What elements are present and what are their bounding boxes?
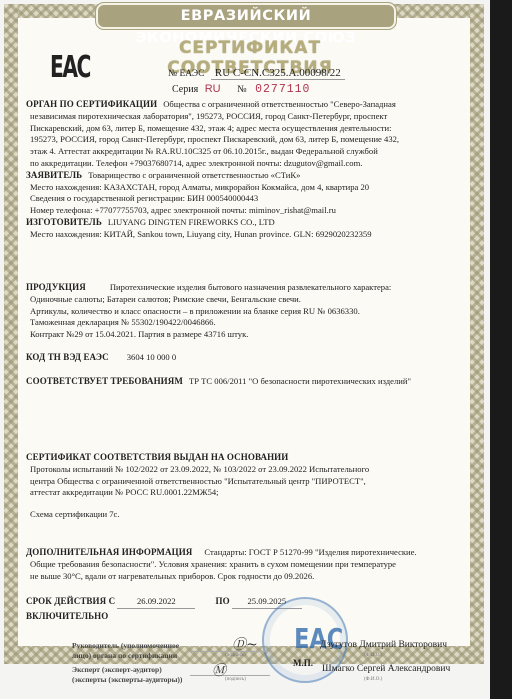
product-text: Одиночные салюты; Батареи салютов; Римск… bbox=[26, 294, 466, 306]
extra-text: Общие требования безопасности". Условия … bbox=[26, 559, 466, 571]
fio-caption: (Ф.И.О.) bbox=[364, 653, 382, 658]
applicant-contact: Номер телефона: +77077755703, адрес элек… bbox=[26, 205, 466, 217]
stamp-eac-logo: ЕАС bbox=[294, 622, 343, 655]
expert-signature-label: Эксперт (эксперт-аудитор) (эксперты (экс… bbox=[72, 665, 182, 684]
series-value: RU bbox=[205, 83, 221, 95]
blank-number-label: № bbox=[237, 84, 247, 95]
organ-text: этаж 4. Аттестат аккредитации № RA.RU.10… bbox=[26, 146, 466, 158]
border-ornament-left bbox=[4, 4, 18, 664]
hs-code-label: КОД ТН ВЭД ЕАЭС bbox=[26, 352, 109, 362]
hs-code: КОД ТН ВЭД ЕАЭС3604 10 000 0 bbox=[26, 352, 466, 364]
extra-label: ДОПОЛНИТЕЛЬНАЯ ИНФОРМАЦИЯ bbox=[26, 547, 192, 557]
head-signature-line bbox=[190, 651, 270, 652]
validity-inclusive-label: ВКЛЮЧИТЕЛЬНО bbox=[26, 611, 460, 623]
head-label: лицо) органа по сертификации bbox=[72, 651, 179, 661]
basis-text: аттестат аккредитации № РОСС RU.0001.22М… bbox=[26, 487, 466, 499]
expert-signature-line bbox=[190, 675, 270, 676]
organ-text: Общества с ограниченной ответственностью… bbox=[163, 99, 396, 109]
certification-body-section: ОРГАН ПО СЕРТИФИКАЦИИОбщества с ограниче… bbox=[26, 99, 466, 241]
head-label: Руководитель (уполномоченное bbox=[72, 641, 179, 651]
blank-number-value: 0277110 bbox=[255, 83, 310, 96]
head-signature-icon: Ⓓ~ bbox=[232, 634, 258, 654]
applicant-address: Место нахождения: КАЗАХСТАН, город Алмат… bbox=[26, 182, 466, 194]
conformity-requirements: СООТВЕТСТВУЕТ ТРЕБОВАНИЯМТР ТС 006/2011 … bbox=[26, 376, 466, 388]
applicant-name: Товарищество с ограниченной ответственно… bbox=[88, 170, 300, 180]
conforms-label: СООТВЕТСТВУЕТ ТРЕБОВАНИЯМ bbox=[26, 376, 183, 386]
applicant-registration: Сведения о государственной регистрации: … bbox=[26, 193, 466, 205]
number-value: RU C-CN.C325.A.00098/22 bbox=[211, 67, 345, 80]
head-signature-label: Руководитель (уполномоченное лицо) орган… bbox=[72, 641, 179, 660]
expert-signature-icon: Ⓜ bbox=[212, 660, 226, 680]
certificate-number: № ЕАЭС RU C-CN.C325.A.00098/22 bbox=[168, 67, 345, 79]
validity-from-date: 26.09.2022 bbox=[117, 596, 195, 609]
number-label: № ЕАЭС bbox=[168, 69, 204, 79]
eac-logo-icon: ЕАС bbox=[50, 50, 90, 85]
product-text: Пиротехнические изделия бытового назначе… bbox=[110, 282, 391, 292]
head-name: Дзугутов Дмитрий Викторович bbox=[320, 640, 447, 650]
extra-text: не выше 30°С, вдали от нагревательных пр… bbox=[26, 571, 466, 583]
conforms-value: ТР ТС 006/2011 "О безопасности пиротехни… bbox=[189, 376, 411, 386]
organ-text: по аккредитации. Телефон +79037680714, а… bbox=[26, 158, 466, 170]
product-section: ПРОДУКЦИЯПиротехнические изделия бытовог… bbox=[26, 282, 466, 341]
validity-section: СРОК ДЕЙСТВИЯ С 26.09.2022 ПО 25.09.2025… bbox=[26, 596, 466, 623]
hs-code-value: 3604 10 000 0 bbox=[127, 352, 176, 362]
blank-series: Серия RU № 0277110 bbox=[172, 83, 310, 96]
basis-section: СЕРТИФИКАТ СООТВЕТСТВИЯ ВЫДАН НА ОСНОВАН… bbox=[26, 452, 466, 521]
sign-caption: (подпись) bbox=[225, 677, 246, 682]
validity-to-label: ПО bbox=[215, 596, 229, 606]
product-text: Таможенная декларация № 55302/190422/004… bbox=[26, 317, 466, 329]
series-label: Серия bbox=[172, 84, 198, 95]
product-label: ПРОДУКЦИЯ bbox=[26, 282, 86, 292]
background-edge bbox=[490, 0, 512, 699]
additional-info-section: ДОПОЛНИТЕЛЬНАЯ ИНФОРМАЦИЯСтандарты: ГОСТ… bbox=[26, 547, 466, 582]
expert-label: (эксперты (эксперты-аудиторы)) bbox=[72, 675, 182, 685]
basis-text: центра Общества с ограниченной ответстве… bbox=[26, 476, 466, 488]
expert-label: Эксперт (эксперт-аудитор) bbox=[72, 665, 182, 675]
extra-text: Стандарты: ГОСТ Р 51270-99 "Изделия пиро… bbox=[204, 547, 416, 557]
seal-label: М.П. bbox=[293, 658, 313, 668]
manufacturer-label: ИЗГОТОВИТЕЛЬ bbox=[26, 217, 102, 227]
validity-from-label: СРОК ДЕЙСТВИЯ С bbox=[26, 596, 115, 606]
union-banner: ЕВРАЗИЙСКИЙ ЭКОНОМИЧЕСКИЙ СОЮЗ bbox=[96, 3, 396, 29]
basis-text: Протоколы испытаний № 102/2022 от 23.09.… bbox=[26, 464, 466, 476]
border-ornament-right bbox=[470, 4, 484, 664]
manufacturer-address: Место нахождения: КИТАЙ, Sankou town, Li… bbox=[26, 229, 466, 241]
basis-label: СЕРТИФИКАТ СООТВЕТСТВИЯ ВЫДАН НА ОСНОВАН… bbox=[26, 452, 460, 464]
product-text: Артикулы, количество и класс опасности –… bbox=[26, 306, 466, 318]
fio-caption: (Ф.И.О.) bbox=[364, 677, 382, 682]
product-text: Контракт №29 от 15.04.2021. Партия в раз… bbox=[26, 329, 466, 341]
applicant-label: ЗАЯВИТЕЛЬ bbox=[26, 170, 82, 180]
organ-text: 195273, РОССИЯ, город Санкт-Петербург, п… bbox=[26, 134, 466, 146]
certification-scheme: Схема сертификации 7с. bbox=[26, 509, 466, 521]
manufacturer-name: LIUYANG DINGTEN FIREWORKS CO., LTD bbox=[108, 217, 275, 227]
organ-text: независимая пиротехническая лаборатория"… bbox=[26, 111, 466, 123]
expert-name: Шмагко Сергей Александрович bbox=[322, 664, 450, 674]
organ-text: Пискаревский, дом 63, литер Б, помещение… bbox=[26, 123, 466, 135]
organ-label: ОРГАН ПО СЕРТИФИКАЦИИ bbox=[26, 99, 157, 109]
